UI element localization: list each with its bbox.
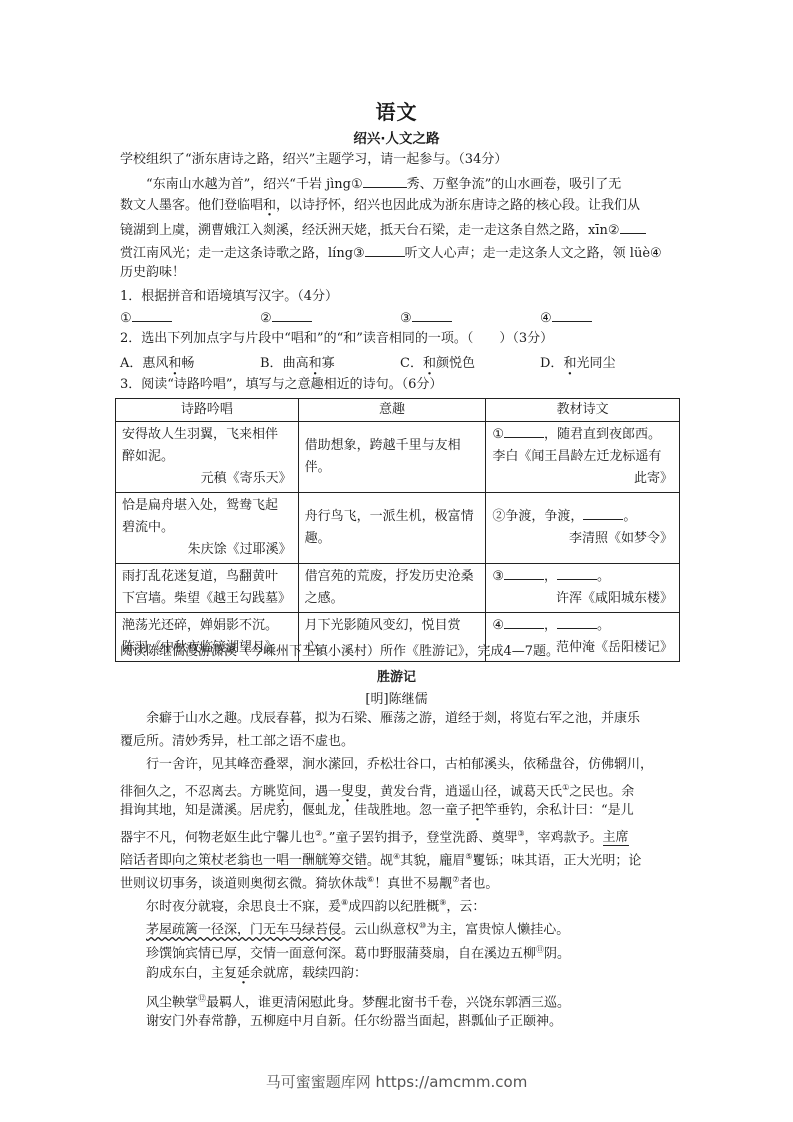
reading-p2-line6: 世则议切事务，谈道则奥彻玄微。猗欤休哉⑥！真世不易觏⑦者也。 [120, 871, 680, 892]
section-title: 绍兴·人文之路 [0, 127, 793, 147]
q2-option-b[interactable]: B．曲高和寡 [260, 352, 335, 371]
q1-answer-1[interactable]: ① [120, 308, 172, 326]
blank-3[interactable] [365, 243, 405, 257]
table-row: 雨打乱花迷复道，鸟翻黄叶下宫墙。柴望《越王勾践墓》 借宫苑的荒废，抒发历史沧桑之… [116, 564, 680, 613]
reading-p2-line5: 陪话者即向之策杖老翁也一唱一酬觥筹交错。觇④其貌，龐眉⑤矍铄；味其语，正大光明；… [120, 848, 680, 869]
passage-line-1: “东南山水越为首”，绍兴“千岩 jìng①秀、万壑争流”的山水画卷，吸引了无 [120, 174, 706, 193]
meaning-cell: 借宫苑的荒废，抒发历史沧桑之感。 [298, 564, 486, 613]
poem-cell: 雨打乱花迷复道，鸟翻黄叶下宫墙。柴望《越王勾践墓》 [116, 564, 299, 613]
poem-line-3: 风尘鞅掌⑫最羁人，谁更清闲慰此身。梦醒北窗书千卷，兴饶东郭酒三巡。 [120, 990, 706, 1011]
blank-1[interactable] [363, 174, 407, 188]
reading-p4: 韵成东白，主复延余就席，载续四韵： [120, 965, 706, 982]
reading-p1-line2: 覆卮所。清妙秀异，杜工部之语不虚也。 [120, 733, 680, 750]
reading-title: 胜游记 [0, 666, 793, 685]
reading-p2-line3: 揖询其地，知是潇溪。居虎豹，偃虬龙，佳哉胜地。忽一童子把竿垂钓，余私计曰：“是儿 [120, 802, 680, 819]
meaning-cell: 借助想象，跨越千里与友相伴。 [298, 422, 486, 493]
q1-answer-3[interactable]: ③ [400, 308, 452, 326]
q2-option-d[interactable]: D．和光同尘 [540, 352, 615, 371]
question-2-stem: 2．选出下列加点字与片段中“唱和”的“和”读音相同的一项。（ ）（3分） [120, 330, 680, 347]
poem-cell: 安得故人生羽翼，飞来相伴醉如泥。元稹《寄乐天》 [116, 422, 299, 493]
meaning-cell: 舟行鸟飞，一派生机，极富情趣。 [298, 493, 486, 564]
textbook-cell[interactable]: ①，随君直到夜郎西。李白《闻王昌龄左迁龙标遥有此寄》 [486, 422, 680, 493]
reading-author: [明]陈继儒 [0, 688, 793, 707]
footer-watermark: 马可蜜蜜题库网 https://amcmm.com [0, 1071, 793, 1092]
q2-option-a[interactable]: A．惠风和畅 [120, 352, 194, 371]
q2-option-c[interactable]: C．和颜悦色 [400, 352, 475, 371]
poem-line-4: 谢安门外春常静，五柳庭中月自新。任尔纷嚣当面起，斟瓢仙子正颐神。 [120, 1013, 706, 1030]
table-header-row: 诗路吟唱 意趣 教材诗文 [116, 399, 680, 422]
passage-line-4: 赏江南风光；走一走这条诗歌之路，líng③听文人心声；走一走这条人文之路，领 l… [120, 243, 680, 262]
poem-line-2: 珍馔饷宾情已厚，交情一面意何深。葛巾野服蒲葵扇，自在溪边五柳⑪阴。 [120, 941, 706, 962]
intro-text: 学校组织了“浙东唐诗之路，绍兴”主题学习，请一起参与。（34分） [120, 151, 680, 168]
wavy-underlined-verse: 茅屋疏篱一径深，门无车马绿苔侵 [146, 922, 341, 937]
poem-line-1: 茅屋疏篱一径深，门无车马绿苔侵。云山纵意权⑩为主，富贵惊人懒挂心。 [120, 917, 706, 938]
question-3-stem: 3．阅读“诗路吟唱”，填写与之意趣相近的诗句。（6分） [120, 376, 680, 393]
reading-p1-line1: 余癖于山水之趣。戊辰春暮，拟为石梁、雁荡之游，道经于剡，将览右军之池，并康乐 [120, 710, 706, 727]
reading-p2-line1: 行一舍许，见其峰峦叠翠，涧水潆回，乔松壮谷口，古柏郁溪头，依稀盘谷，仿佛辋川， [120, 756, 706, 773]
exam-page: 语文 绍兴·人文之路 学校组织了“浙东唐诗之路，绍兴”主题学习，请一起参与。（3… [0, 0, 793, 1122]
passage-line-5: 历史韵味！ [120, 264, 680, 281]
table-header: 意趣 [298, 399, 486, 422]
table-row: 安得故人生羽翼，飞来相伴醉如泥。元稹《寄乐天》 借助想象，跨越千里与友相伴。 ①… [116, 422, 680, 493]
question-1-stem: 1．根据拼音和语境填写汉字。（4分） [120, 288, 680, 305]
table-header: 诗路吟唱 [116, 399, 299, 422]
table-row: 恰是扁舟堪入处，鸳鸯飞起碧流中。朱庆馀《过耶溪》 舟行鸟飞，一派生机，极富情趣。… [116, 493, 680, 564]
poem-cell: 恰是扁舟堪入处，鸳鸯飞起碧流中。朱庆馀《过耶溪》 [116, 493, 299, 564]
underlined-sentence: 陪话者即向之策杖老翁也一唱一酬觥筹交错 [120, 853, 367, 869]
reading-p2-line2: 徘徊久之，不忍离去。方眺览间，遇一叟叟，黄发台背，逍遥山径，诚葛天氏①之民也。余 [120, 779, 680, 800]
poem-table: 诗路吟唱 意趣 教材诗文 安得故人生羽翼，飞来相伴醉如泥。元稹《寄乐天》 借助想… [115, 398, 680, 662]
table-header: 教材诗文 [486, 399, 680, 422]
q1-answer-2[interactable]: ② [260, 308, 312, 326]
page-title: 语文 [0, 96, 793, 125]
passage-line-3: 镜湖到上虞，溯曹娥江入剡溪，经沃洲天姥，抵天台石梁，走一走这条自然之路，xīn② [120, 220, 680, 239]
passage-line-2: 数文人墨客。他们登临唱和，以诗抒怀，绍兴也因此成为浙东唐诗之路的核心段。让我们从 [120, 197, 680, 214]
reading-p2-line4: 器宇不凡，何物老妪生此宁馨儿也②。”童子罢钓揖予，登堂洗爵、奠斝③，宰鸡款予。主… [120, 825, 680, 846]
reading-p3: 尔时夜分就寝，余思良士不寐，爰⑧成四韵以纪胜概⑨，云： [120, 894, 706, 915]
textbook-cell[interactable]: ②争渡，争渡，。李清照《如梦令》 [486, 493, 680, 564]
reading-instruction: 阅读陈继儒漫游潇溪（今嵊州下王镇小溪村）所作《胜游记》，完成4—7题。 [120, 643, 680, 660]
blank-2[interactable] [620, 220, 646, 234]
textbook-cell[interactable]: ③，。许浑《咸阳城东楼》 [486, 564, 680, 613]
q1-answer-4[interactable]: ④ [540, 308, 592, 326]
